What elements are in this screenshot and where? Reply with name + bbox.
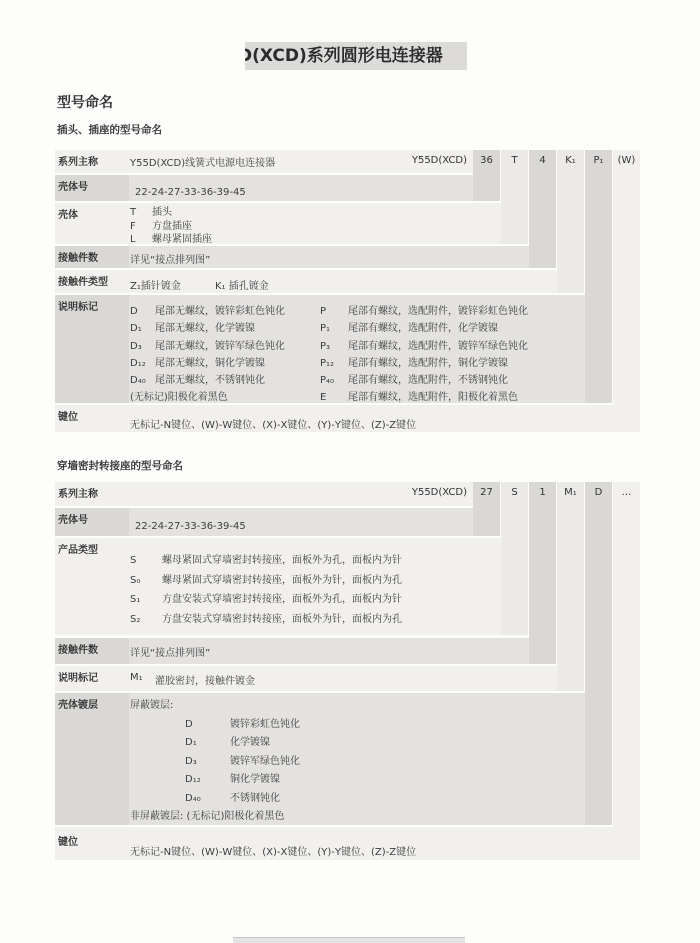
mark-desc: 尾部有螺纹，选配附件，不锈钢钝化: [348, 372, 612, 389]
row-label-cell: 接触件类型: [55, 270, 129, 293]
mark-code: P₄₀: [320, 372, 348, 389]
shell-code: T: [130, 206, 152, 220]
table2-row-plating: 壳体镀层 屏蔽镀层: D镀锌彩虹色钝化 D₁化学镀镍 D₃镀锌军绿色钝化 D₁₂…: [55, 693, 612, 825]
table2-col-stripe-ptype: [501, 482, 528, 635]
row-label: 壳体: [55, 203, 129, 221]
plating-desc: 铜化学镀镍: [230, 771, 612, 790]
table1-series-code: Y55D(XCD): [355, 155, 467, 166]
row-label-cell: 壳体号: [55, 175, 129, 201]
mark-desc: 尾部有螺纹，选配附件，化学镀镍: [348, 320, 612, 337]
table2-series-code: Y55D(XCD): [355, 487, 467, 498]
ctype-pin: Z₁插针镀金: [130, 277, 215, 292]
plating-item: D₁₂铜化学镀镍: [185, 771, 612, 790]
table1-col-stripe-contacts: [529, 150, 556, 268]
keying-value: 无标记-N键位、(W)-W键位、(X)-X键位、(Y)-Y键位、(Z)-Z键位: [130, 847, 416, 858]
table1-code-shell: T: [501, 155, 528, 166]
table2-row-contacts: 接触件数 详见“接点排列图”: [55, 638, 556, 664]
page-footer-bar: [233, 937, 465, 943]
table1-code-marks: P₁: [585, 155, 612, 166]
plating-code: D₁₂: [185, 771, 230, 790]
table1-code-contacts: 4: [529, 155, 556, 166]
contacts-value: 详见“接点排列图”: [130, 255, 210, 266]
plating-desc: 不锈钢钝化: [230, 790, 612, 809]
table1-code-ctype: K₁: [557, 155, 584, 166]
row-label-cell: 键位: [55, 827, 129, 860]
mark-code: D₁: [130, 320, 155, 337]
ptype-desc: 螺母紧固式穿墙密封转接座，面板外为针，面板内为孔: [162, 571, 402, 591]
shell-item: L螺母紧固插座: [130, 233, 528, 247]
mark-desc: 尾部有螺纹，选配附件，镀锌彩虹色钝化: [348, 303, 612, 320]
table2-row-product-type: 产品类型 S螺母紧固式穿墙密封转接座，面板外为孔，面板内为针 S₀螺母紧固式穿墙…: [55, 538, 528, 635]
mark-code: P₃: [320, 338, 348, 355]
shell-desc: 螺母紧固插座: [152, 233, 212, 247]
table2-row-keying: 键位 无标记-N键位、(W)-W键位、(X)-X键位、(Y)-Y键位、(Z)-Z…: [55, 827, 640, 860]
mark-code: P₁₂: [320, 355, 348, 372]
row-label-cell: 接触件数: [55, 638, 129, 664]
ptype-desc: 方盘安装式穿墙密封转接座，面板外为孔，面板内为针: [162, 590, 402, 610]
shell-code: L: [130, 233, 152, 247]
mark-desc: 尾部有螺纹，选配附件，铜化学镀镍: [348, 355, 612, 372]
table2-row-marks: 说明标记 M₁ 灌胶密封，接触件镀金: [55, 666, 584, 691]
table1-row-shell: 壳体 T插头 F方盘插座 L螺母紧固插座: [55, 203, 528, 244]
row-label-cell: 壳体镀层: [55, 693, 129, 825]
ptype-code: S₁: [130, 590, 162, 610]
keying-value: 无标记-N键位、(W)-W键位、(X)-X键位、(Y)-Y键位、(Z)-Z键位: [130, 420, 416, 431]
shellno-value: 22-24-27-33-36-39-45: [135, 187, 246, 198]
table1-code-shellno: 36: [473, 155, 500, 166]
ptype-code: S₂: [130, 610, 162, 630]
table1-row-contact-type: 接触件类型 Z₁插针镀金 K₁ 插孔镀金: [55, 270, 584, 293]
row-label: 接触件数: [55, 246, 129, 264]
plating-item: D镀锌彩虹色钝化: [185, 716, 612, 735]
mark-desc: 尾部无螺纹，镀锌彩虹色钝化: [155, 303, 320, 320]
plating-item: D₁化学镀镍: [185, 734, 612, 753]
table2-row-shellno: 壳体号 22-24-27-33-36-39-45: [55, 508, 500, 536]
table2-code-key: …: [613, 487, 640, 498]
table1-row-marks: 说明标记 D尾部无螺纹，镀锌彩虹色钝化P尾部有螺纹，选配附件，镀锌彩虹色钝化 D…: [55, 295, 612, 403]
row-label-cell: 壳体号: [55, 508, 129, 536]
table1-col-stripe-ctype: [557, 150, 584, 293]
plating-desc: 镀锌彩虹色钝化: [230, 716, 612, 735]
row-label: 键位: [55, 827, 129, 848]
shellno-value: 22-24-27-33-36-39-45: [135, 521, 246, 532]
ptype-item: S₀螺母紧固式穿墙密封转接座，面板外为针，面板内为孔: [130, 571, 528, 591]
table1-row-contacts: 接触件数 详见“接点排列图”: [55, 246, 556, 268]
marks-item: D₄₀尾部无螺纹，不锈钢钝化P₄₀尾部有螺纹，选配附件，不锈钢钝化: [130, 372, 612, 389]
row-label: 壳体镀层: [55, 693, 129, 711]
page-title: D(XCD)系列圆形电连接器: [245, 42, 467, 70]
table2-col-stripe-key: [613, 482, 640, 860]
plating-desc: 化学镀镍: [230, 734, 612, 753]
table2-col-stripe-plating: [585, 482, 612, 825]
table2-subheading: 穿墙密封转接座的型号命名: [57, 458, 183, 473]
row-label-cell: 系列主称: [55, 150, 129, 173]
catalog-page: D(XCD)系列圆形电连接器 型号命名 插头、插座的型号命名 Y55D(XCD)…: [0, 0, 700, 943]
table2-model-naming: Y55D(XCD) 27 S 1 M₁ D … 系列主称 壳体号 22-24-2…: [55, 482, 643, 860]
plating-code: D₄₀: [185, 790, 230, 809]
plating-item: D₄₀不锈钢钝化: [185, 790, 612, 809]
table2-col-stripe-marks: [557, 482, 584, 691]
table2-code-ptype: S: [501, 487, 528, 498]
series-description: Y55D(XCD)线簧式电源电连接器: [130, 158, 275, 169]
row-label-cell: 壳体: [55, 203, 129, 244]
mark-code: D: [130, 303, 155, 320]
marks-item: D₃尾部无螺纹，镀锌军绿色钝化P₃尾部有螺纹，选配附件，镀锌军绿色钝化: [130, 338, 612, 355]
row-label: 系列主称: [55, 482, 129, 500]
table2-code-shellno: 27: [473, 487, 500, 498]
ptype-desc: 螺母紧固式穿墙密封转接座，面板外为孔，面板内为针: [162, 551, 402, 571]
table2-col-stripe-contacts: [529, 482, 556, 664]
section-heading: 型号命名: [57, 92, 113, 112]
marks-item: D₁尾部无螺纹，化学镀镍P₁尾部有螺纹，选配附件，化学镀镍: [130, 320, 612, 337]
ptype-item: S螺母紧固式穿墙密封转接座，面板外为孔，面板内为针: [130, 551, 528, 571]
row-label-cell: 产品类型: [55, 538, 129, 635]
ptype-item: S₂方盘安装式穿墙密封转接座，面板外为针，面板内为孔: [130, 610, 528, 630]
table1-code-key: (W): [613, 155, 640, 166]
mark-code: D₃: [130, 338, 155, 355]
row-label: 接触件数: [55, 638, 129, 656]
plating-head: 屏蔽镀层:: [130, 697, 612, 716]
row-label: 壳体号: [55, 508, 129, 526]
table1-model-naming: Y55D(XCD) 36 T 4 K₁ P₁ (W) 系列主称 Y55D(XCD…: [55, 150, 643, 432]
ptype-code: S: [130, 551, 162, 571]
row-label: 壳体号: [55, 175, 129, 193]
row-label: 产品类型: [55, 538, 129, 556]
row-label: 说明标记: [55, 295, 129, 313]
row-label: 说明标记: [55, 666, 129, 684]
shell-desc: 插头: [152, 206, 172, 220]
table2-code-plating: D: [585, 487, 612, 498]
table1-row-shellno: 壳体号 22-24-27-33-36-39-45: [55, 175, 500, 201]
row-label: 键位: [55, 405, 129, 423]
table2-code-contacts: 1: [529, 487, 556, 498]
ctype-socket: K₁ 插孔镀金: [215, 277, 269, 292]
table1-col-stripe-key: [613, 150, 640, 432]
row-label-cell: 系列主称: [55, 482, 129, 506]
ptype-code: S₀: [130, 571, 162, 591]
row-label-cell: 说明标记: [55, 666, 129, 691]
row-label-cell: 接触件数: [55, 246, 129, 268]
row-label: 接触件类型: [55, 270, 129, 288]
table1-col-stripe-marks: [585, 150, 612, 403]
marks-item: D₁₂尾部无螺纹，铜化学镀镍P₁₂尾部有螺纹，选配附件，铜化学镀镍: [130, 355, 612, 372]
table2-code-marks: M₁: [557, 487, 584, 498]
shell-code: F: [130, 220, 152, 234]
plating-desc: 镀锌军绿色钝化: [230, 753, 612, 772]
mark-desc: 尾部无螺纹，不锈钢钝化: [155, 372, 320, 389]
row-label-cell: 键位: [55, 405, 129, 432]
ptype-item: S₁方盘安装式穿墙密封转接座，面板外为孔，面板内为针: [130, 590, 528, 610]
mark-code: M₁: [130, 672, 155, 687]
row-label-cell: 说明标记: [55, 295, 129, 403]
plating-foot: 非屏蔽镀层: (无标记)阳极化着黑色: [130, 808, 612, 827]
ptype-desc: 方盘安装式穿墙密封转接座，面板外为针，面板内为孔: [162, 610, 402, 630]
mark-desc: 灌胶密封，接触件镀金: [155, 672, 255, 687]
row-label: 系列主称: [55, 150, 129, 168]
shell-desc: 方盘插座: [152, 220, 192, 234]
plating-item: D₃镀锌军绿色钝化: [185, 753, 612, 772]
plating-code: D₃: [185, 753, 230, 772]
mark-code: P₁: [320, 320, 348, 337]
mark-desc: 尾部有螺纹，选配附件，镀锌军绿色钝化: [348, 338, 612, 355]
mark-code: D₄₀: [130, 372, 155, 389]
mark-code: D₁₂: [130, 355, 155, 372]
table1-row-keying: 键位 无标记-N键位、(W)-W键位、(X)-X键位、(Y)-Y键位、(Z)-Z…: [55, 405, 640, 432]
mark-desc: 尾部无螺纹，铜化学镀镍: [155, 355, 320, 372]
marks-item: D尾部无螺纹，镀锌彩虹色钝化P尾部有螺纹，选配附件，镀锌彩虹色钝化: [130, 303, 612, 320]
shell-item: F方盘插座: [130, 220, 528, 234]
plating-code: D: [185, 716, 230, 735]
mark-desc: 尾部无螺纹，镀锌军绿色钝化: [155, 338, 320, 355]
contacts-value: 详见“接点排列图”: [130, 648, 210, 659]
table1-subheading: 插头、插座的型号命名: [57, 122, 162, 137]
mark-desc: 尾部无螺纹，化学镀镍: [155, 320, 320, 337]
shell-item: T插头: [130, 206, 528, 220]
mark-code: P: [320, 303, 348, 320]
page-title-text: D(XCD)系列圆形电连接器: [245, 42, 443, 70]
plating-code: D₁: [185, 734, 230, 753]
